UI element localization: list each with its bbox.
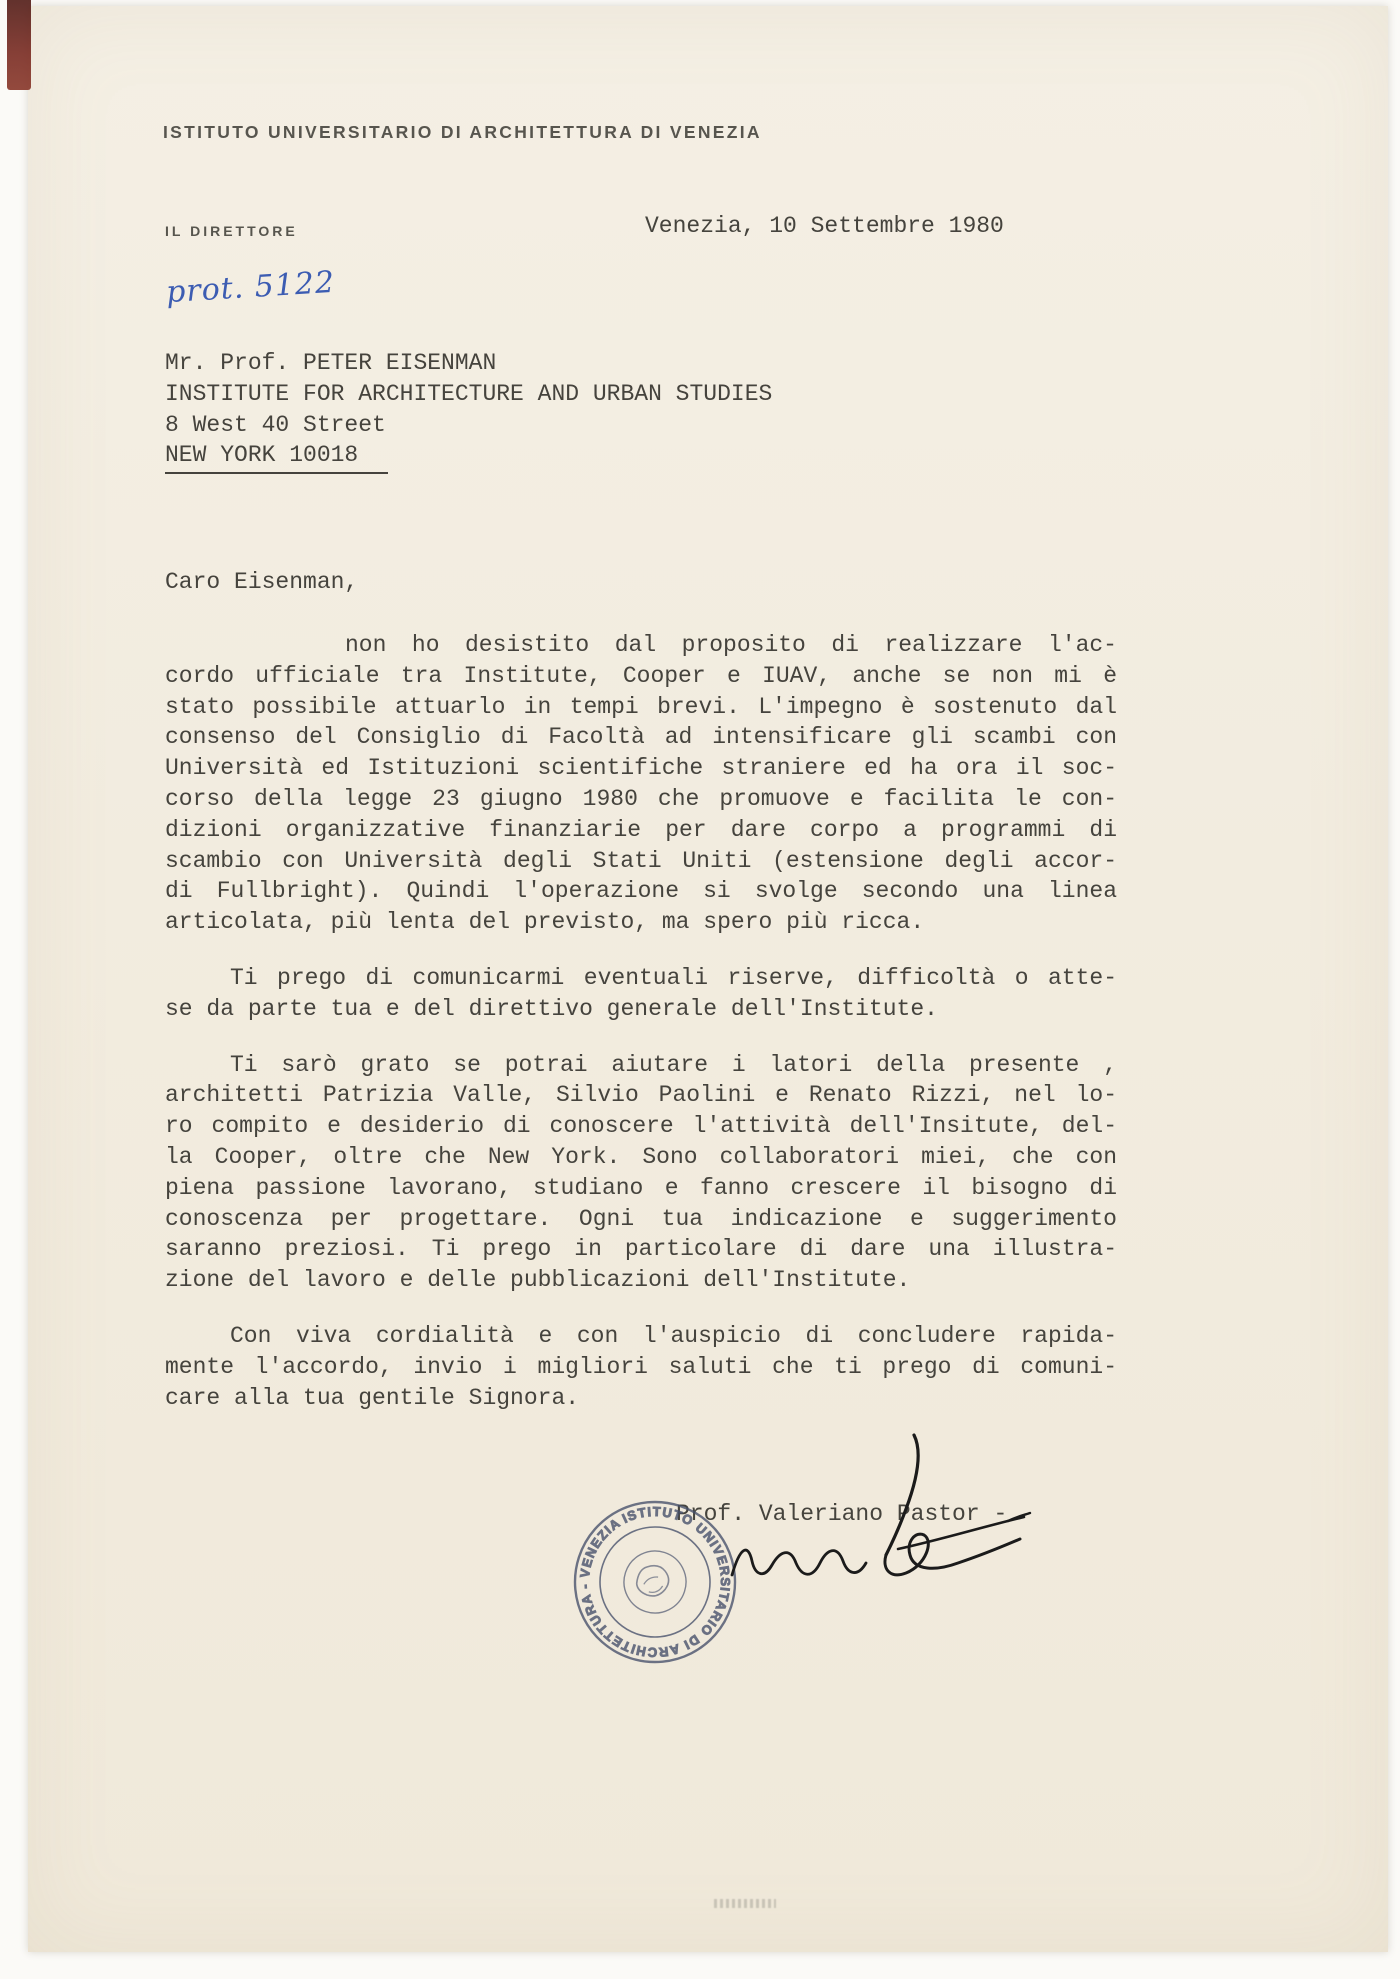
body-line: architetti Patrizia Valle, Silvio Paolin… [165, 1080, 1117, 1111]
body-line: stato possibile attuarlo in tempi brevi.… [165, 692, 1117, 723]
body-line: Ti prego di comunicarmi eventuali riserv… [165, 963, 1117, 994]
body-line: se da parte tua e del direttivo generale… [165, 994, 1117, 1025]
body-line: Università ed Istituzioni scientifiche s… [165, 753, 1117, 784]
body-line: conoscenza per progettare. Ogni tua indi… [165, 1204, 1117, 1235]
recipient-city: NEW YORK 10018 [165, 440, 772, 474]
letterhead-role: IL DIRETTORE [165, 223, 298, 239]
body-paragraph: Ti sarò grato se potrai aiutare i latori… [165, 1050, 1117, 1296]
body-line: non ho desistito dal proposito di realiz… [165, 630, 1117, 661]
recipient-address-block: Mr. Prof. PETER EISENMAN INSTITUTE FOR A… [165, 348, 772, 474]
letter-body: non ho desistito dal proposito di realiz… [165, 630, 1117, 1438]
recipient-institution: INSTITUTE FOR ARCHITECTURE AND URBAN STU… [165, 379, 772, 410]
body-line: scambio con Università degli Stati Uniti… [165, 846, 1117, 877]
body-line: corso della legge 23 giugno 1980 che pro… [165, 784, 1117, 815]
body-line: Con viva cordialità e con l'auspicio di … [165, 1321, 1117, 1352]
body-line: la Cooper, oltre che New York. Sono coll… [165, 1142, 1117, 1173]
handwritten-signature [690, 1425, 1035, 1620]
letterhead-institution: ISTITUTO UNIVERSITARIO DI ARCHITETTURA D… [163, 122, 762, 143]
body-line: piena passione lavorano, studiano e fann… [165, 1173, 1117, 1204]
body-line: Ti sarò grato se potrai aiutare i latori… [165, 1050, 1117, 1081]
body-paragraph: Ti prego di comunicarmi eventuali riserv… [165, 963, 1117, 1025]
body-line: dizioni organizzative finanziarie per da… [165, 815, 1117, 846]
body-line: cordo ufficiale tra Institute, Cooper e … [165, 661, 1117, 692]
recipient-street: 8 West 40 Street [165, 410, 772, 441]
letter-page: ISTITUTO UNIVERSITARIO DI ARCHITETTURA D… [0, 0, 1400, 1979]
body-line: zione del lavoro e delle pubblicazioni d… [165, 1265, 1117, 1296]
body-line: care alla tua gentile Signora. [165, 1383, 1117, 1414]
salutation: Caro Eisenman, [165, 569, 358, 595]
body-line: saranno preziosi. Ti prego in particolar… [165, 1234, 1117, 1265]
scan-edge-artifact [7, 0, 31, 90]
body-line: ro compito e desiderio di conoscere l'at… [165, 1111, 1117, 1142]
body-paragraph: non ho desistito dal proposito di realiz… [165, 630, 1117, 938]
body-paragraph: Con viva cordialità e con l'auspicio di … [165, 1321, 1117, 1413]
body-line: mente l'accordo, invio i migliori saluti… [165, 1352, 1117, 1383]
scan-artifact-mark [714, 1899, 776, 1908]
date-line: Venezia, 10 Settembre 1980 [645, 213, 1004, 239]
recipient-city-underlined: NEW YORK 10018 [165, 440, 388, 474]
recipient-name: Mr. Prof. PETER EISENMAN [165, 348, 772, 379]
body-line: articolata, più lenta del previsto, ma s… [165, 907, 1117, 938]
body-line: di Fullbright). Quindi l'operazione si s… [165, 876, 1117, 907]
body-line: consenso del Consiglio di Facoltà ad int… [165, 722, 1117, 753]
